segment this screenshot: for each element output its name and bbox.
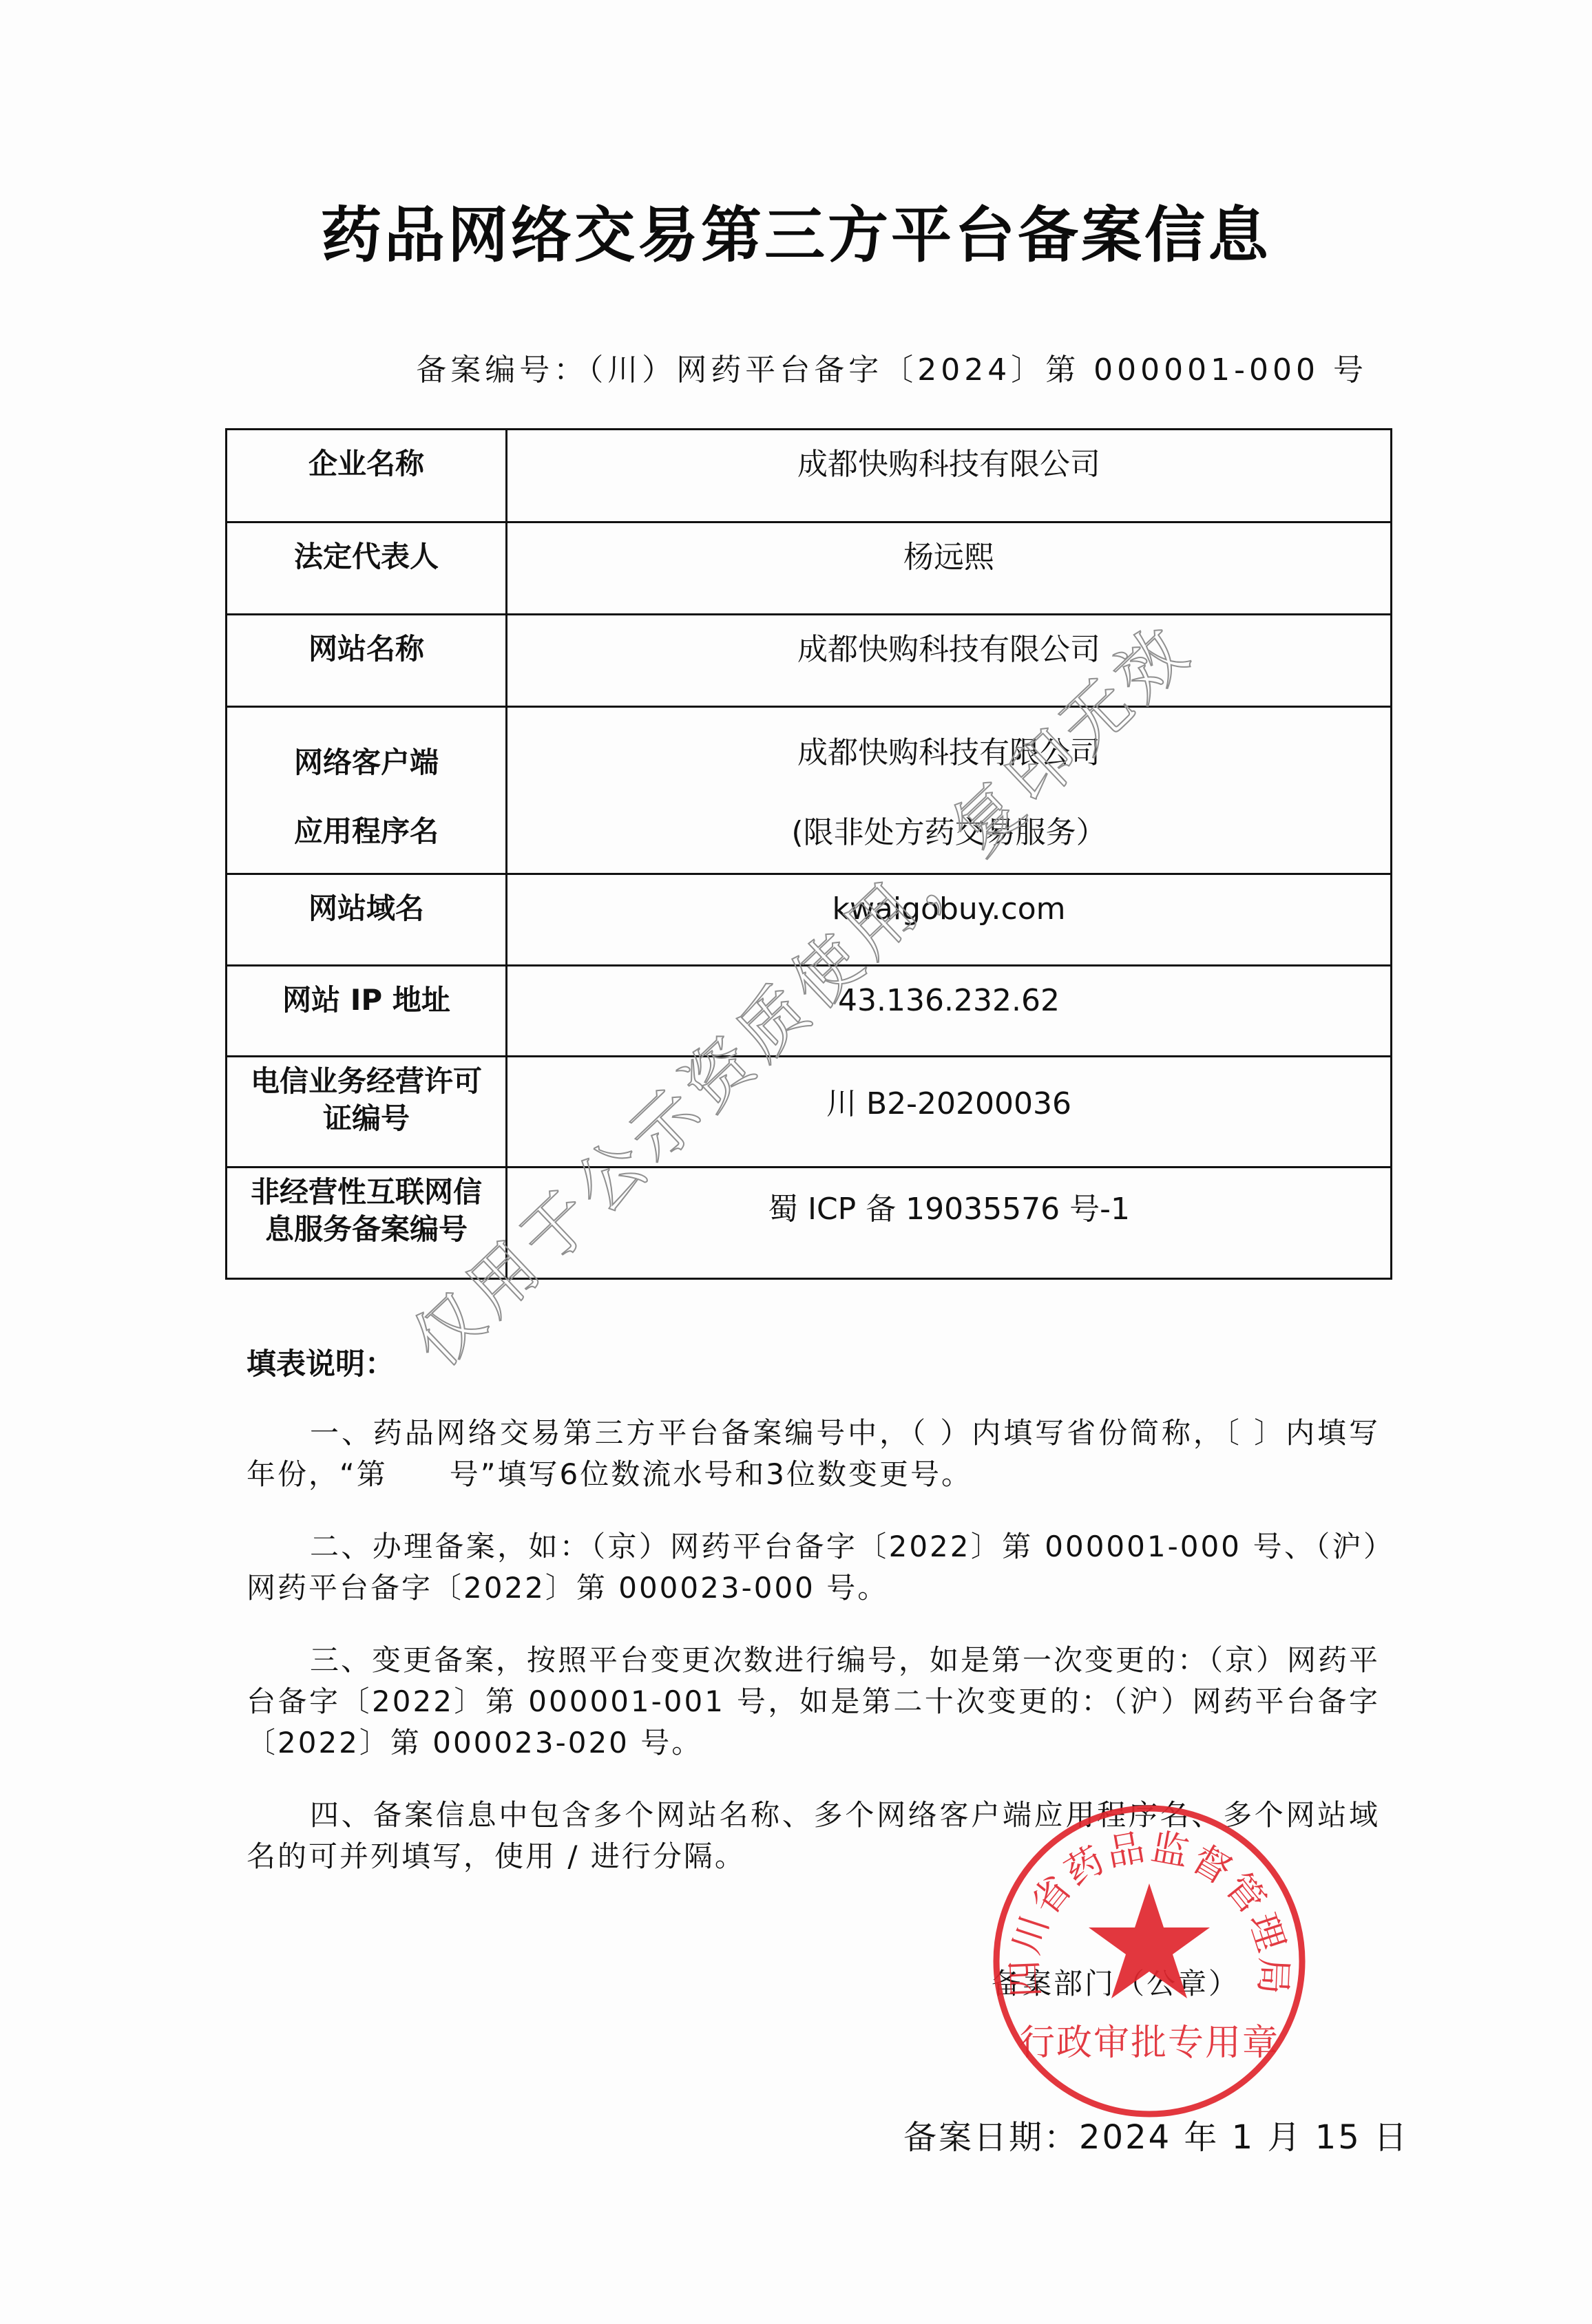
table-row: 网站名称 成都快购科技有限公司 <box>227 615 1392 707</box>
table-row: 网站域名 kwaigobuy.com <box>227 874 1392 966</box>
label-text: 法定代表人 <box>227 538 505 575</box>
legal-representative: 杨远熙 <box>507 538 1390 577</box>
table-row: 企业名称 成都快购科技有限公司 <box>227 430 1392 522</box>
label-text: 网站 IP 地址 <box>227 982 505 1019</box>
table-row: 网站 IP 地址 43.136.232.62 <box>227 966 1392 1057</box>
document-page: 药品网络交易第三方平台备案信息 备案编号：（川）网药平台备字〔2024〕第 00… <box>0 0 1592 2324</box>
instructions-heading: 填表说明： <box>247 1344 1380 1385</box>
row-value: 成都快购科技有限公司 <box>507 615 1392 707</box>
table-row: 法定代表人 杨远熙 <box>227 522 1392 615</box>
filling-instructions: 填表说明： 一、药品网络交易第三方平台备案编号中，（ ）内填写省份简称，〔 〕内… <box>247 1344 1380 1906</box>
company-name: 成都快购科技有限公司 <box>507 445 1390 484</box>
label-text: 企业名称 <box>227 445 505 483</box>
label-text: 网站域名 <box>227 890 505 927</box>
document-title: 药品网络交易第三方平台备案信息 <box>0 197 1592 273</box>
seal-bottom-text: 行政审批专用章 <box>990 2021 1308 2065</box>
row-value: 成都快购科技有限公司 (限非处方药交易服务） <box>507 707 1392 874</box>
row-value: 成都快购科技有限公司 <box>507 430 1392 522</box>
label-text: 网站名称 <box>227 631 505 668</box>
website-domain: kwaigobuy.com <box>507 890 1390 929</box>
row-label: 非经营性互联网信 息服务备案编号 <box>227 1168 507 1279</box>
row-label: 电信业务经营许可 证编号 <box>227 1057 507 1168</box>
filing-date: 备案日期：2024 年 1 月 15 日 <box>903 2116 1409 2159</box>
row-label: 企业名称 <box>227 430 507 522</box>
app-scope-note: (限非处方药交易服务） <box>507 793 1390 873</box>
table-row: 网络客户端 应用程序名 成都快购科技有限公司 (限非处方药交易服务） <box>227 707 1392 874</box>
label-text: 证编号 <box>227 1100 505 1137</box>
row-label: 网站域名 <box>227 874 507 966</box>
row-value: 蜀 ICP 备 19035576 号-1 <box>507 1168 1392 1279</box>
app-name: 成都快购科技有限公司 <box>507 713 1390 793</box>
instruction-paragraph: 四、备案信息中包含多个网站名称、多个网络客户端应用程序名、多个网站域名的可并列填… <box>247 1795 1380 1877</box>
filing-number: 备案编号：（川）网药平台备字〔2024〕第 000001-000 号 <box>416 350 1368 391</box>
instruction-paragraph: 一、药品网络交易第三方平台备案编号中，（ ）内填写省份简称，〔 〕内填写年份，“… <box>247 1413 1380 1495</box>
row-label: 网站 IP 地址 <box>227 966 507 1057</box>
instruction-paragraph: 三、变更备案，按照平台变更次数进行编号，如是第一次变更的：（京）网药平台备字〔2… <box>247 1640 1380 1764</box>
row-label: 网络客户端 应用程序名 <box>227 707 507 874</box>
row-value: 川 B2-20200036 <box>507 1057 1392 1168</box>
filing-info-table: 企业名称 成都快购科技有限公司 法定代表人 杨远熙 网站名称 成都快购科技有限公… <box>225 428 1392 1280</box>
label-text: 网络客户端 <box>227 728 505 797</box>
row-label: 法定代表人 <box>227 522 507 615</box>
telecom-license-number: 川 B2-20200036 <box>507 1085 1390 1123</box>
label-text: 应用程序名 <box>227 797 505 866</box>
website-name: 成都快购科技有限公司 <box>507 631 1390 669</box>
row-value: 43.136.232.62 <box>507 966 1392 1057</box>
label-text: 电信业务经营许可 <box>227 1063 505 1100</box>
table-row: 非经营性互联网信 息服务备案编号 蜀 ICP 备 19035576 号-1 <box>227 1168 1392 1279</box>
table-row: 电信业务经营许可 证编号 川 B2-20200036 <box>227 1057 1392 1168</box>
department-seal-label: 备案部门（公章） <box>992 1963 1239 2005</box>
row-value: 杨远熙 <box>507 522 1392 615</box>
instruction-paragraph: 二、办理备案，如：（京）网药平台备字〔2022〕第 000001-000 号、（… <box>247 1526 1380 1609</box>
row-value: kwaigobuy.com <box>507 874 1392 966</box>
website-ip: 43.136.232.62 <box>507 982 1390 1020</box>
row-label: 网站名称 <box>227 615 507 707</box>
label-text: 息服务备案编号 <box>227 1211 505 1248</box>
label-text: 非经营性互联网信 <box>227 1174 505 1211</box>
icp-filing-number: 蜀 ICP 备 19035576 号-1 <box>507 1190 1390 1229</box>
